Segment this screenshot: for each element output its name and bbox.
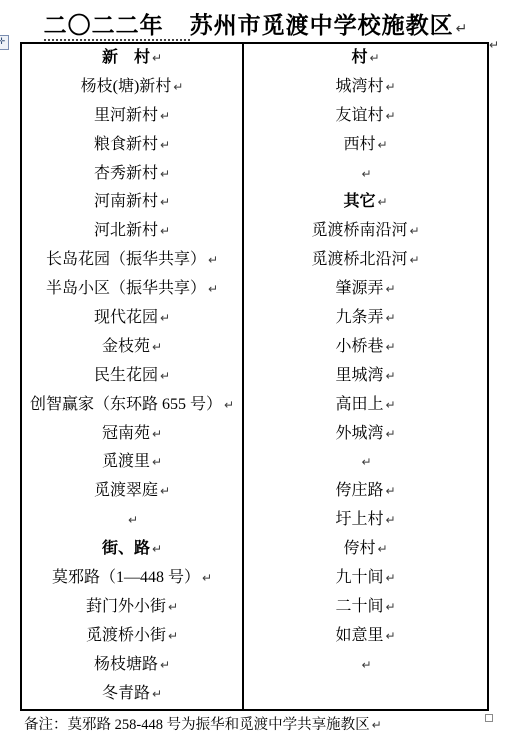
district-name: 葑门外小街 <box>86 598 166 615</box>
district-line: 半岛小区（振华共享）↵ <box>22 275 242 304</box>
footer-note-text: 备注：莫邪路 258-448 号为振华和觅渡中学共享施教区 <box>24 717 370 733</box>
district-name: 友谊村 <box>335 107 383 124</box>
paragraph-mark: ↵ <box>385 600 395 614</box>
district-name: 长岛花园（振华共享） <box>46 251 206 268</box>
district-line: 河北新村↵ <box>22 217 242 246</box>
paragraph-mark: ↵ <box>202 571 212 585</box>
title-school: 苏州市觅渡中学校施教区 <box>190 13 454 38</box>
page-title: 二〇二二年苏州市觅渡中学校施教区↵ <box>0 7 512 40</box>
paragraph-mark: ↵ <box>208 253 218 267</box>
table-column-xincun: 新 村↵杨枝(塘)新村↵里河新村↵粮食新村↵杏秀新村↵河南新村↵河北新村↵长岛花… <box>22 44 244 709</box>
district-name: 外城湾 <box>335 425 383 442</box>
paragraph-mark: ↵ <box>224 398 234 412</box>
district-line: 冬青路↵ <box>22 680 242 709</box>
district-line: 小桥巷↵ <box>244 333 487 362</box>
district-line: 侉村↵ <box>244 535 487 564</box>
district-line: 创智赢家（东环路 655 号）↵ <box>22 391 242 420</box>
district-line: 其它↵ <box>244 188 487 217</box>
paragraph-mark: ↵ <box>160 311 170 325</box>
paragraph-mark: ↵ <box>361 455 371 469</box>
paragraph-mark: ↵ <box>152 687 162 701</box>
district-name: 街、路 <box>102 540 150 557</box>
district-name: 圩上村 <box>335 511 383 528</box>
district-line: 粮食新村↵ <box>22 131 242 160</box>
district-line: 圩上村↵ <box>244 506 487 535</box>
district-name: 莫邪路（1—448 号） <box>52 569 200 586</box>
paragraph-mark: ↵ <box>385 629 395 643</box>
district-name: 高田上 <box>335 396 383 413</box>
district-line: 莫邪路（1—448 号）↵ <box>22 564 242 593</box>
district-name: 杨枝(塘)新村 <box>81 78 172 95</box>
district-name: 肇源弄 <box>335 280 383 297</box>
district-line: 新 村↵ <box>22 44 242 73</box>
paragraph-mark: ↵ <box>385 571 395 585</box>
paragraph-mark: ↵ <box>160 658 170 672</box>
district-name: 冠南苑 <box>102 425 150 442</box>
district-line: 肇源弄↵ <box>244 275 487 304</box>
paragraph-mark: ↵ <box>361 658 371 672</box>
paragraph-mark: ↵ <box>385 484 395 498</box>
district-name: 二十间 <box>335 598 383 615</box>
paragraph-mark: ↵ <box>160 484 170 498</box>
paragraph-mark: ↵ <box>372 718 382 732</box>
district-line: 西村↵ <box>244 131 487 160</box>
paragraph-mark: ↵ <box>168 600 178 614</box>
district-line: ↵ <box>244 160 487 189</box>
district-line: 如意里↵ <box>244 622 487 651</box>
district-line: 觅渡里↵ <box>22 448 242 477</box>
paragraph-mark: ↵ <box>173 80 183 94</box>
district-name: 侉庄路 <box>335 482 383 499</box>
paragraph-mark: ↵ <box>377 138 387 152</box>
paragraph-mark: ↵ <box>385 340 395 354</box>
district-line: ↵ <box>22 506 242 535</box>
paragraph-mark: ↵ <box>369 51 379 65</box>
district-line: 长岛花园（振华共享）↵ <box>22 246 242 275</box>
paragraph-mark: ↵ <box>385 369 395 383</box>
paragraph-mark: ↵ <box>160 195 170 209</box>
paragraph-mark: ↵ <box>385 427 395 441</box>
district-name: 觅渡里 <box>102 453 150 470</box>
district-line: ↵ <box>244 448 487 477</box>
paragraph-mark: ↵ <box>409 224 419 238</box>
paragraph-mark: ↵ <box>385 311 395 325</box>
table-column-cun: 村↵城湾村↵友谊村↵西村↵↵其它↵觅渡桥南沿河↵觅渡桥北沿河↵肇源弄↵九条弄↵小… <box>244 44 487 709</box>
district-line: 九条弄↵ <box>244 304 487 333</box>
district-line: 冠南苑↵ <box>22 420 242 449</box>
district-name: 金枝苑 <box>102 338 150 355</box>
district-line: ↵ <box>244 651 487 680</box>
district-line: 现代花园↵ <box>22 304 242 333</box>
district-name: 杏秀新村 <box>94 165 158 182</box>
district-name: 如意里 <box>335 627 383 644</box>
district-line: 友谊村↵ <box>244 102 487 131</box>
district-name: 里城湾 <box>335 367 383 384</box>
district-name: 新 村 <box>102 49 150 66</box>
district-line: 觅渡桥南沿河↵ <box>244 217 487 246</box>
paragraph-mark: ↵ <box>160 138 170 152</box>
district-name: 小桥巷 <box>335 338 383 355</box>
district-name: 杨枝塘路 <box>94 656 158 673</box>
paragraph-mark: ↵ <box>152 427 162 441</box>
paragraph-mark: ↵ <box>152 542 162 556</box>
paragraph-mark: ↵ <box>152 51 162 65</box>
district-line: 杨枝(塘)新村↵ <box>22 73 242 102</box>
district-line: 杏秀新村↵ <box>22 160 242 189</box>
district-line: 外城湾↵ <box>244 420 487 449</box>
footer-note: 备注：莫邪路 258-448 号为振华和觅渡中学共享施教区↵ <box>24 713 382 734</box>
district-line: 觅渡桥小街↵ <box>22 622 242 651</box>
district-name: 创智赢家（东环路 655 号） <box>30 396 222 413</box>
paragraph-mark: ↵ <box>385 109 395 123</box>
district-name: 觅渡翠庭 <box>94 482 158 499</box>
district-name: 觅渡桥北沿河 <box>311 251 407 268</box>
paragraph-mark: ↵ <box>128 513 138 527</box>
paragraph-mark: ↵ <box>409 253 419 267</box>
district-line: 高田上↵ <box>244 391 487 420</box>
district-name: 粮食新村 <box>94 136 158 153</box>
paragraph-mark: ↵ <box>385 80 395 94</box>
district-name: 民生花园 <box>94 367 158 384</box>
paragraph-mark: ↵ <box>208 282 218 296</box>
district-line: 民生花园↵ <box>22 362 242 391</box>
district-line: 里河新村↵ <box>22 102 242 131</box>
district-line: 觅渡翠庭↵ <box>22 477 242 506</box>
district-line: 金枝苑↵ <box>22 333 242 362</box>
district-name: 半岛小区（振华共享） <box>46 280 206 297</box>
table-resize-handle[interactable] <box>485 714 493 722</box>
district-name: 河北新村 <box>94 222 158 239</box>
district-line: 葑门外小街↵ <box>22 593 242 622</box>
district-name: 其它 <box>343 193 375 210</box>
paragraph-mark: ↵ <box>377 542 387 556</box>
paragraph-mark: ↵ <box>152 340 162 354</box>
district-line: 九十间↵ <box>244 564 487 593</box>
district-line: 河南新村↵ <box>22 188 242 217</box>
district-line: 城湾村↵ <box>244 73 487 102</box>
district-name: 觅渡桥小街 <box>86 627 166 644</box>
district-name: 九条弄 <box>335 309 383 326</box>
title-year: 二〇二二年 <box>44 13 190 41</box>
district-name: 里河新村 <box>94 107 158 124</box>
paragraph-mark: ↵ <box>361 167 371 181</box>
district-name: 河南新村 <box>94 193 158 210</box>
district-name: 侉村 <box>343 540 375 557</box>
paragraph-mark: ↵ <box>385 398 395 412</box>
district-name: 西村 <box>343 136 375 153</box>
paragraph-mark: ↵ <box>377 195 387 209</box>
district-name: 村 <box>351 49 367 66</box>
district-line: 村↵ <box>244 44 487 73</box>
district-line: 杨枝塘路↵ <box>22 651 242 680</box>
paragraph-mark: ↵ <box>456 21 469 37</box>
paragraph-mark: ↵ <box>168 629 178 643</box>
district-name: 九十间 <box>335 569 383 586</box>
district-name: 现代花园 <box>94 309 158 326</box>
paragraph-mark: ↵ <box>385 282 395 296</box>
paragraph-mark: ↵ <box>160 224 170 238</box>
district-line: 二十间↵ <box>244 593 487 622</box>
paragraph-mark: ↵ <box>160 369 170 383</box>
district-name: 城湾村 <box>335 78 383 95</box>
district-line: 里城湾↵ <box>244 362 487 391</box>
district-line: 侉庄路↵ <box>244 477 487 506</box>
district-table: 新 村↵杨枝(塘)新村↵里河新村↵粮食新村↵杏秀新村↵河南新村↵河北新村↵长岛花… <box>20 42 489 711</box>
paragraph-mark: ↵ <box>385 513 395 527</box>
paragraph-mark: ↵ <box>160 167 170 181</box>
paragraph-mark: ↵ <box>160 109 170 123</box>
paragraph-mark: ↵ <box>152 455 162 469</box>
row-end-paragraph-mark: ↵ <box>489 38 499 52</box>
district-line: 街、路↵ <box>22 535 242 564</box>
district-line: 觅渡桥北沿河↵ <box>244 246 487 275</box>
district-name: 冬青路 <box>102 685 150 702</box>
district-name: 觅渡桥南沿河 <box>311 222 407 239</box>
